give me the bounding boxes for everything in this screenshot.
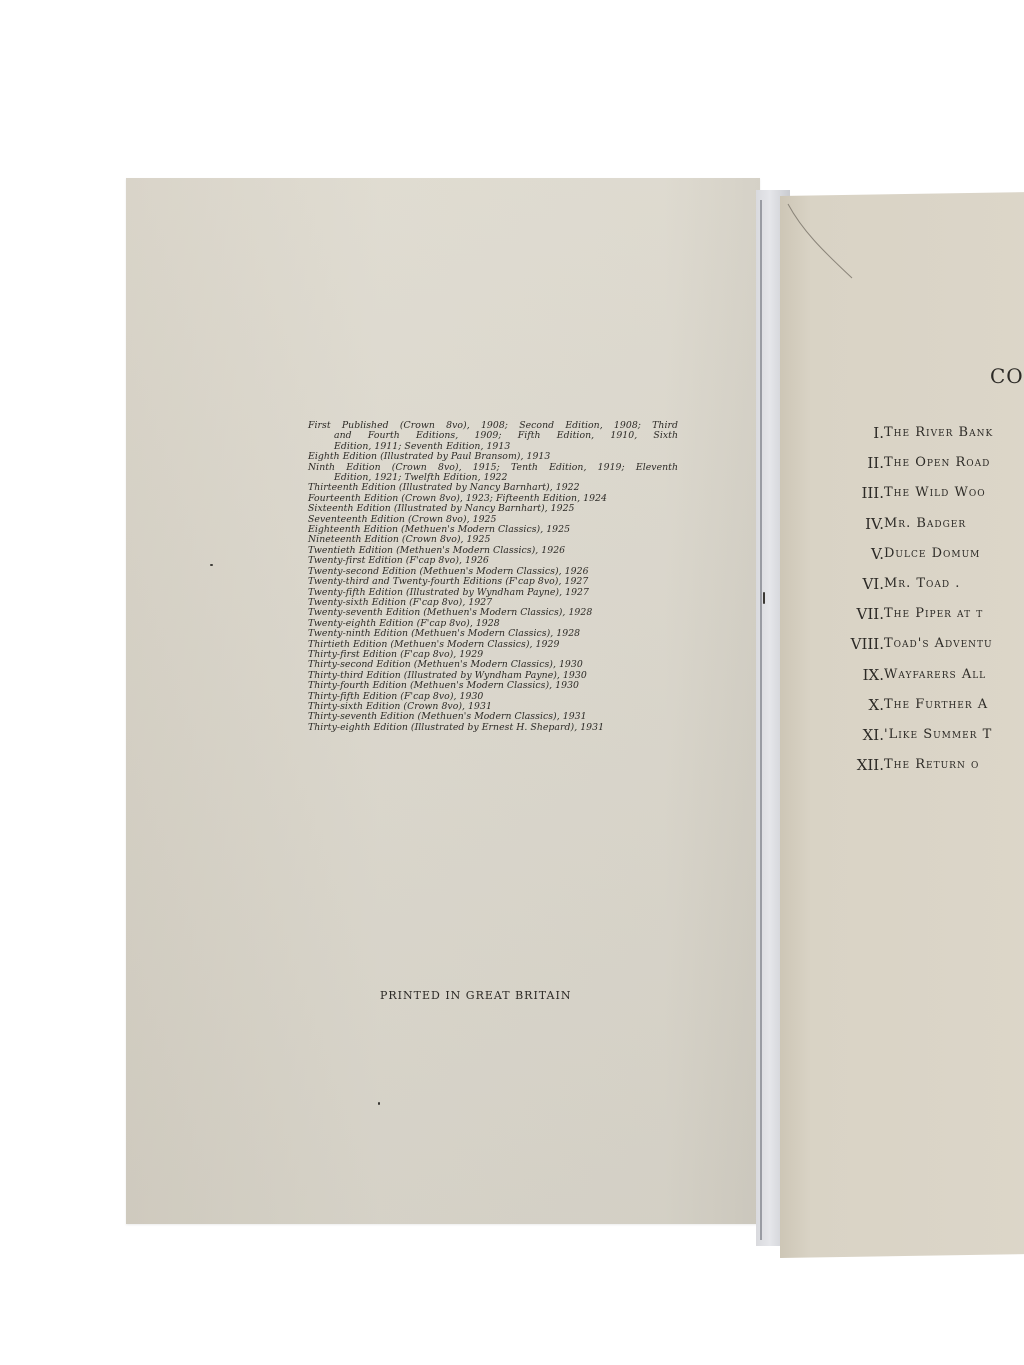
contents-row: VIII.Toad's Adventu <box>820 635 1024 665</box>
edition-line: Thirty-fourth Edition (Methuen's Modern … <box>308 681 678 691</box>
contents-heading: CO <box>990 364 1024 388</box>
contents-row: IX.Wayfarers All <box>820 666 1024 696</box>
chapter-number: I. <box>873 424 884 442</box>
contents-row: VI.Mr. Toad . <box>820 575 1024 605</box>
chapter-number: III. <box>861 484 884 502</box>
gutter-mark <box>763 592 765 604</box>
edition-line: Thirty-eighth Edition (Illustrated by Er… <box>308 723 678 733</box>
chapter-title: Mr. Toad . <box>884 576 960 591</box>
contents-row: XII.The Return o <box>820 756 1024 786</box>
paper-speck <box>378 1102 380 1105</box>
chapter-title: Wayfarers All <box>884 667 986 682</box>
chapter-title: Dulce Domum <box>884 546 980 561</box>
imprint-text: PRINTED IN GREAT BRITAIN <box>380 989 620 1002</box>
chapter-title: The Piper at t <box>884 606 983 621</box>
chapter-title: 'Like Summer T <box>884 727 992 742</box>
chapter-title: The Wild Woo <box>884 485 986 500</box>
chapter-title: The River Bank <box>884 425 993 440</box>
chapter-title: The Return o <box>884 757 979 772</box>
edition-line: Twenty-third and Twenty-fourth Editions … <box>308 577 678 587</box>
contents-row: XI.'Like Summer T <box>820 726 1024 756</box>
contents-row: V.Dulce Domum <box>820 545 1024 575</box>
contents-row: IV.Mr. Badger <box>820 515 1024 545</box>
chapter-number: IV. <box>865 515 884 533</box>
chapter-title: Toad's Adventu <box>884 636 993 651</box>
chapter-number: VIII. <box>851 635 884 653</box>
chapter-number: II. <box>867 454 884 472</box>
paper-speck <box>210 564 213 566</box>
chapter-title: Mr. Badger <box>884 516 966 531</box>
chapter-number: XII. <box>857 756 884 774</box>
contents-row: II.The Open Road <box>820 454 1024 484</box>
contents-row: VII.The Piper at t <box>820 605 1024 635</box>
edition-line: Twenty-ninth Edition (Methuen's Modern C… <box>308 629 678 639</box>
contents-row: III.The Wild Woo <box>820 484 1024 514</box>
chapter-title: The Further A <box>884 697 988 712</box>
chapter-number: VI. <box>862 575 884 593</box>
chapter-number: XI. <box>863 726 884 744</box>
chapter-number: IX. <box>863 666 884 684</box>
chapter-number: X. <box>869 696 884 714</box>
contents-row: X.The Further A <box>820 696 1024 726</box>
table-of-contents: I.The River BankII.The Open RoadIII.The … <box>820 424 1024 786</box>
chapter-title: The Open Road <box>884 455 990 470</box>
chapter-number: V. <box>871 545 884 563</box>
edition-history: First Published (Crown 8vo), 1908; Secon… <box>308 421 678 733</box>
contents-row: I.The River Bank <box>820 424 1024 454</box>
chapter-number: VII. <box>857 605 884 623</box>
spine-line <box>760 200 762 1240</box>
